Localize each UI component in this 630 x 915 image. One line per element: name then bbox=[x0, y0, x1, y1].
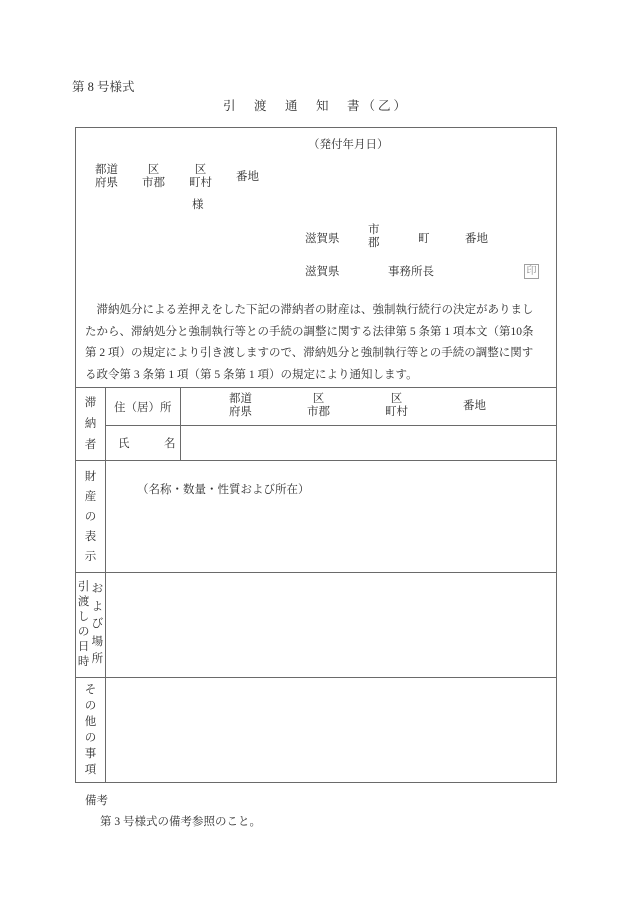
delivery-header-cell: 引渡しの日時 および場所 bbox=[76, 573, 106, 678]
sender-prefecture: 滋賀県 bbox=[305, 232, 340, 246]
notice-body: 滞納処分による差押えをした下記の滞納者の財産は、強制執行続行の決定がありまし た… bbox=[85, 300, 551, 386]
form-box: （発付年月日） 都道 府県 区 市郡 区 町村 番地 様 滋賀県 市 郡 町 bbox=[75, 127, 557, 783]
property-field: （名称・数量・性質および所在） bbox=[106, 461, 556, 573]
address-part-prefecture: 都道 府県 bbox=[95, 164, 118, 190]
address-part-top: 区 bbox=[313, 393, 325, 406]
address-part-top: 都道 bbox=[229, 393, 252, 406]
debtor-address-field: 都道 府県 区 市郡 区 町村 番地 bbox=[181, 388, 556, 426]
address-part-bottom: 町村 bbox=[385, 406, 408, 419]
address-part-top: 区 bbox=[195, 164, 207, 177]
official-seal-icon: 印 bbox=[524, 264, 539, 279]
other-field bbox=[106, 678, 556, 782]
property-label: 財産の表示 bbox=[84, 467, 98, 567]
delivery-field bbox=[106, 573, 556, 678]
honorific-label: 様 bbox=[192, 198, 204, 212]
banchi-label: 番地 bbox=[236, 171, 259, 184]
address-part-top: 都道 bbox=[95, 164, 118, 177]
sender-banchi: 番地 bbox=[465, 232, 488, 246]
address-part-prefecture: 都道 府県 bbox=[229, 393, 252, 419]
debtor-label: 滞納者 bbox=[84, 393, 98, 456]
sender-gun: 郡 bbox=[368, 237, 380, 250]
address-part-town: 区 町村 bbox=[189, 164, 212, 190]
property-note: （名称・数量・性質および所在） bbox=[137, 484, 310, 496]
delivery-label-place: および場所 bbox=[91, 581, 105, 669]
address-part-banchi: 番地 bbox=[236, 171, 259, 184]
sender-city-gun: 市 郡 bbox=[368, 224, 380, 250]
document-page: 第 8 号様式 引 渡 通 知 書（乙） （発付年月日） 都道 府県 区 市郡 … bbox=[0, 0, 630, 915]
recipient-address: 都道 府県 区 市郡 区 町村 番地 bbox=[95, 164, 259, 190]
address-part-bottom: 市郡 bbox=[142, 177, 165, 190]
remarks-note: 第 3 号様式の備考参照のこと。 bbox=[100, 813, 261, 829]
debtor-header-cell: 滞納者 bbox=[76, 388, 106, 461]
body-line: 滞納処分による差押えをした下記の滞納者の財産は、強制執行続行の決定がありまし bbox=[85, 300, 551, 322]
delivery-label-datetime: 引渡しの日時 bbox=[77, 580, 91, 670]
address-part-city: 区 市郡 bbox=[142, 164, 165, 190]
body-line: たから、滞納処分と強制執行等との手続の調整に関する法律第 5 条第 1 項本文（… bbox=[85, 322, 551, 344]
form-table: 滞納者 住（居）所 都道 府県 区 市郡 区 町村 番地 bbox=[76, 387, 556, 782]
address-header-cell: 住（居）所 bbox=[106, 388, 181, 426]
address-part-town: 区 町村 bbox=[385, 393, 408, 419]
other-label: その他の事項 bbox=[84, 682, 98, 778]
property-header-cell: 財産の表示 bbox=[76, 461, 106, 573]
banchi-label: 番地 bbox=[463, 400, 486, 413]
name-label: 氏 名 bbox=[118, 435, 176, 451]
remarks-heading: 備考 bbox=[85, 792, 108, 808]
address-part-bottom: 府県 bbox=[95, 177, 118, 190]
body-line: 第 2 項）の規定により引き渡しますので、滞納処分と強制執行等との手続の調整に関… bbox=[85, 343, 551, 365]
other-header-cell: その他の事項 bbox=[76, 678, 106, 782]
address-part-bottom: 市郡 bbox=[307, 406, 330, 419]
address-part-banchi: 番地 bbox=[463, 400, 486, 413]
form-number: 第 8 号様式 bbox=[72, 77, 135, 95]
address-label: 住（居）所 bbox=[114, 399, 172, 415]
address-part-bottom: 府県 bbox=[229, 406, 252, 419]
sender-town: 町 bbox=[418, 232, 430, 246]
sender-prefecture-2: 滋賀県 bbox=[305, 265, 340, 279]
address-part-bottom: 町村 bbox=[189, 177, 212, 190]
address-part-city: 区 市郡 bbox=[307, 393, 330, 419]
debtor-name-field bbox=[181, 426, 556, 461]
name-header-cell: 氏 名 bbox=[106, 426, 181, 461]
issue-date-label: （発付年月日） bbox=[308, 138, 389, 152]
document-title: 引 渡 通 知 書（乙） bbox=[75, 96, 557, 114]
address-part-top: 区 bbox=[391, 393, 403, 406]
body-line: る政令第 3 条第 1 項（第 5 条第 1 項）の規定により通知します。 bbox=[85, 365, 551, 387]
sender-office-title: 事務所長 bbox=[388, 265, 434, 279]
sender-city: 市 bbox=[368, 224, 380, 237]
address-part-top: 区 bbox=[148, 164, 160, 177]
